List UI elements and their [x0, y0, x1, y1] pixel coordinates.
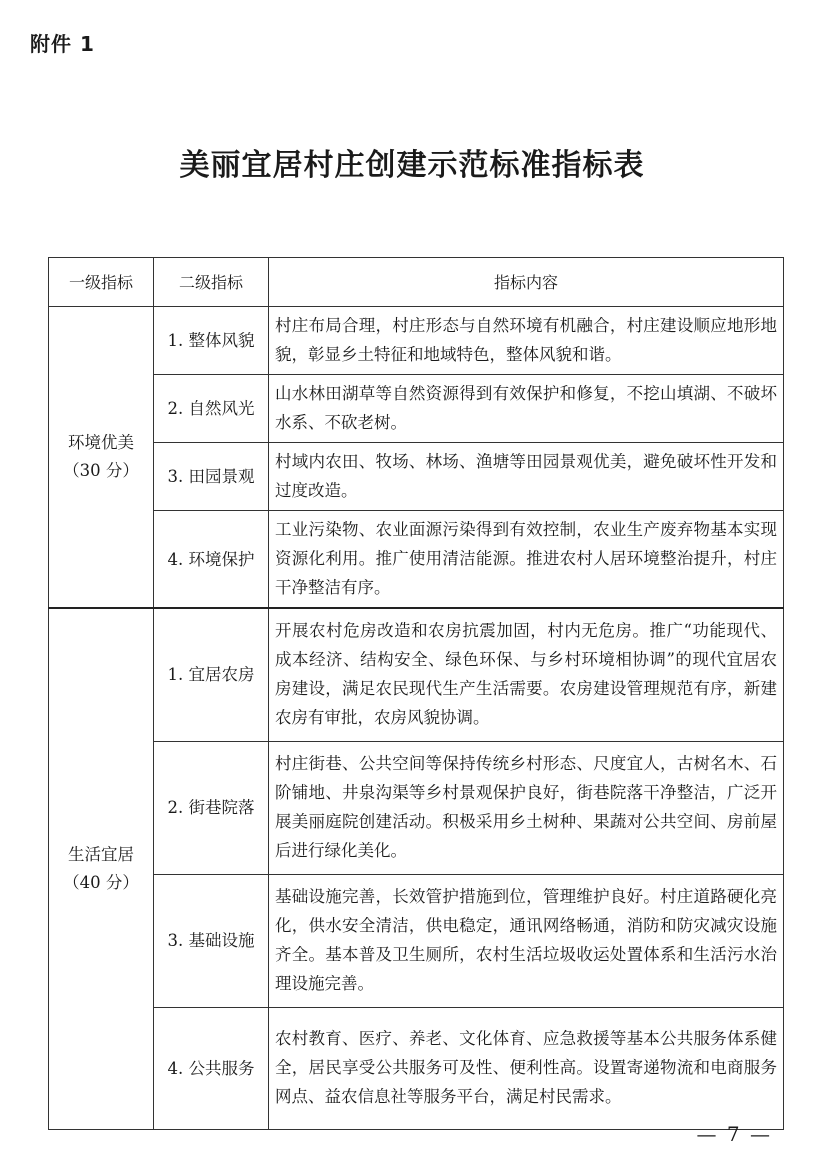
table-row: 2. 自然风光 山水林田湖草等自然资源得到有效保护和修复，不挖山填湖、不破坏水系… — [49, 375, 784, 443]
content-cell: 村庄布局合理，村庄形态与自然环境有机融合，村庄建设顺应地形地貌，彰显乡土特征和地… — [269, 307, 784, 375]
level2-cell: 4. 环境保护 — [154, 511, 269, 609]
table-row: 3. 基础设施 基础设施完善，长效管护措施到位，管理维护良好。村庄道路硬化亮化，… — [49, 874, 784, 1007]
level1-cell-environment: 环境优美 （30 分） — [49, 307, 154, 609]
table-row: 4. 环境保护 工业污染物、农业面源污染得到有效控制，农业生产废弃物基本实现资源… — [49, 511, 784, 609]
level2-cell: 2. 街巷院落 — [154, 741, 269, 874]
content-cell: 基础设施完善，长效管护措施到位，管理维护良好。村庄道路硬化亮化，供水安全清洁，供… — [269, 874, 784, 1007]
level2-cell: 1. 宜居农房 — [154, 608, 269, 741]
content-cell: 山水林田湖草等自然资源得到有效保护和修复，不挖山填湖、不破坏水系、不砍老树。 — [269, 375, 784, 443]
level2-cell: 1. 整体风貌 — [154, 307, 269, 375]
content-cell: 开展农村危房改造和农房抗震加固，村内无危房。推广“功能现代、成本经济、结构安全、… — [269, 608, 784, 741]
content-cell: 村庄街巷、公共空间等保持传统乡村形态、尺度宜人，古树名木、石阶铺地、井泉沟渠等乡… — [269, 741, 784, 874]
header-content: 指标内容 — [269, 258, 784, 307]
page-title: 美丽宜居村庄创建示范标准指标表 — [0, 140, 824, 184]
level1-cell-living: 生活宜居 （40 分） — [49, 608, 154, 1129]
content-cell: 工业污染物、农业面源污染得到有效控制，农业生产废弃物基本实现资源化利用。推广使用… — [269, 511, 784, 609]
level1-score: （40 分） — [53, 869, 149, 897]
level1-label: 生活宜居 — [53, 841, 149, 869]
header-level2: 二级指标 — [154, 258, 269, 307]
table-row: 3. 田园景观 村域内农田、牧场、林场、渔塘等田园景观优美，避免破坏性开发和过度… — [49, 443, 784, 511]
level2-cell: 4. 公共服务 — [154, 1007, 269, 1129]
level1-label: 环境优美 — [53, 429, 149, 457]
page-number: — 7 — — [697, 1122, 772, 1146]
attachment-label: 附件 1 — [30, 28, 95, 57]
level2-cell: 3. 田园景观 — [154, 443, 269, 511]
table-row: 4. 公共服务 农村教育、医疗、养老、文化体育、应急救援等基本公共服务体系健全，… — [49, 1007, 784, 1129]
table-header-row: 一级指标 二级指标 指标内容 — [49, 258, 784, 307]
table-row: 环境优美 （30 分） 1. 整体风貌 村庄布局合理，村庄形态与自然环境有机融合… — [49, 307, 784, 375]
level1-score: （30 分） — [53, 457, 149, 485]
level2-cell: 3. 基础设施 — [154, 874, 269, 1007]
level2-cell: 2. 自然风光 — [154, 375, 269, 443]
table-row: 生活宜居 （40 分） 1. 宜居农房 开展农村危房改造和农房抗震加固，村内无危… — [49, 608, 784, 741]
content-cell: 村域内农田、牧场、林场、渔塘等田园景观优美，避免破坏性开发和过度改造。 — [269, 443, 784, 511]
header-level1: 一级指标 — [49, 258, 154, 307]
table-row: 2. 街巷院落 村庄街巷、公共空间等保持传统乡村形态、尺度宜人，古树名木、石阶铺… — [49, 741, 784, 874]
indicator-table: 一级指标 二级指标 指标内容 环境优美 （30 分） 1. 整体风貌 村庄布局合… — [48, 257, 784, 1130]
content-cell: 农村教育、医疗、养老、文化体育、应急救援等基本公共服务体系健全，居民享受公共服务… — [269, 1007, 784, 1129]
